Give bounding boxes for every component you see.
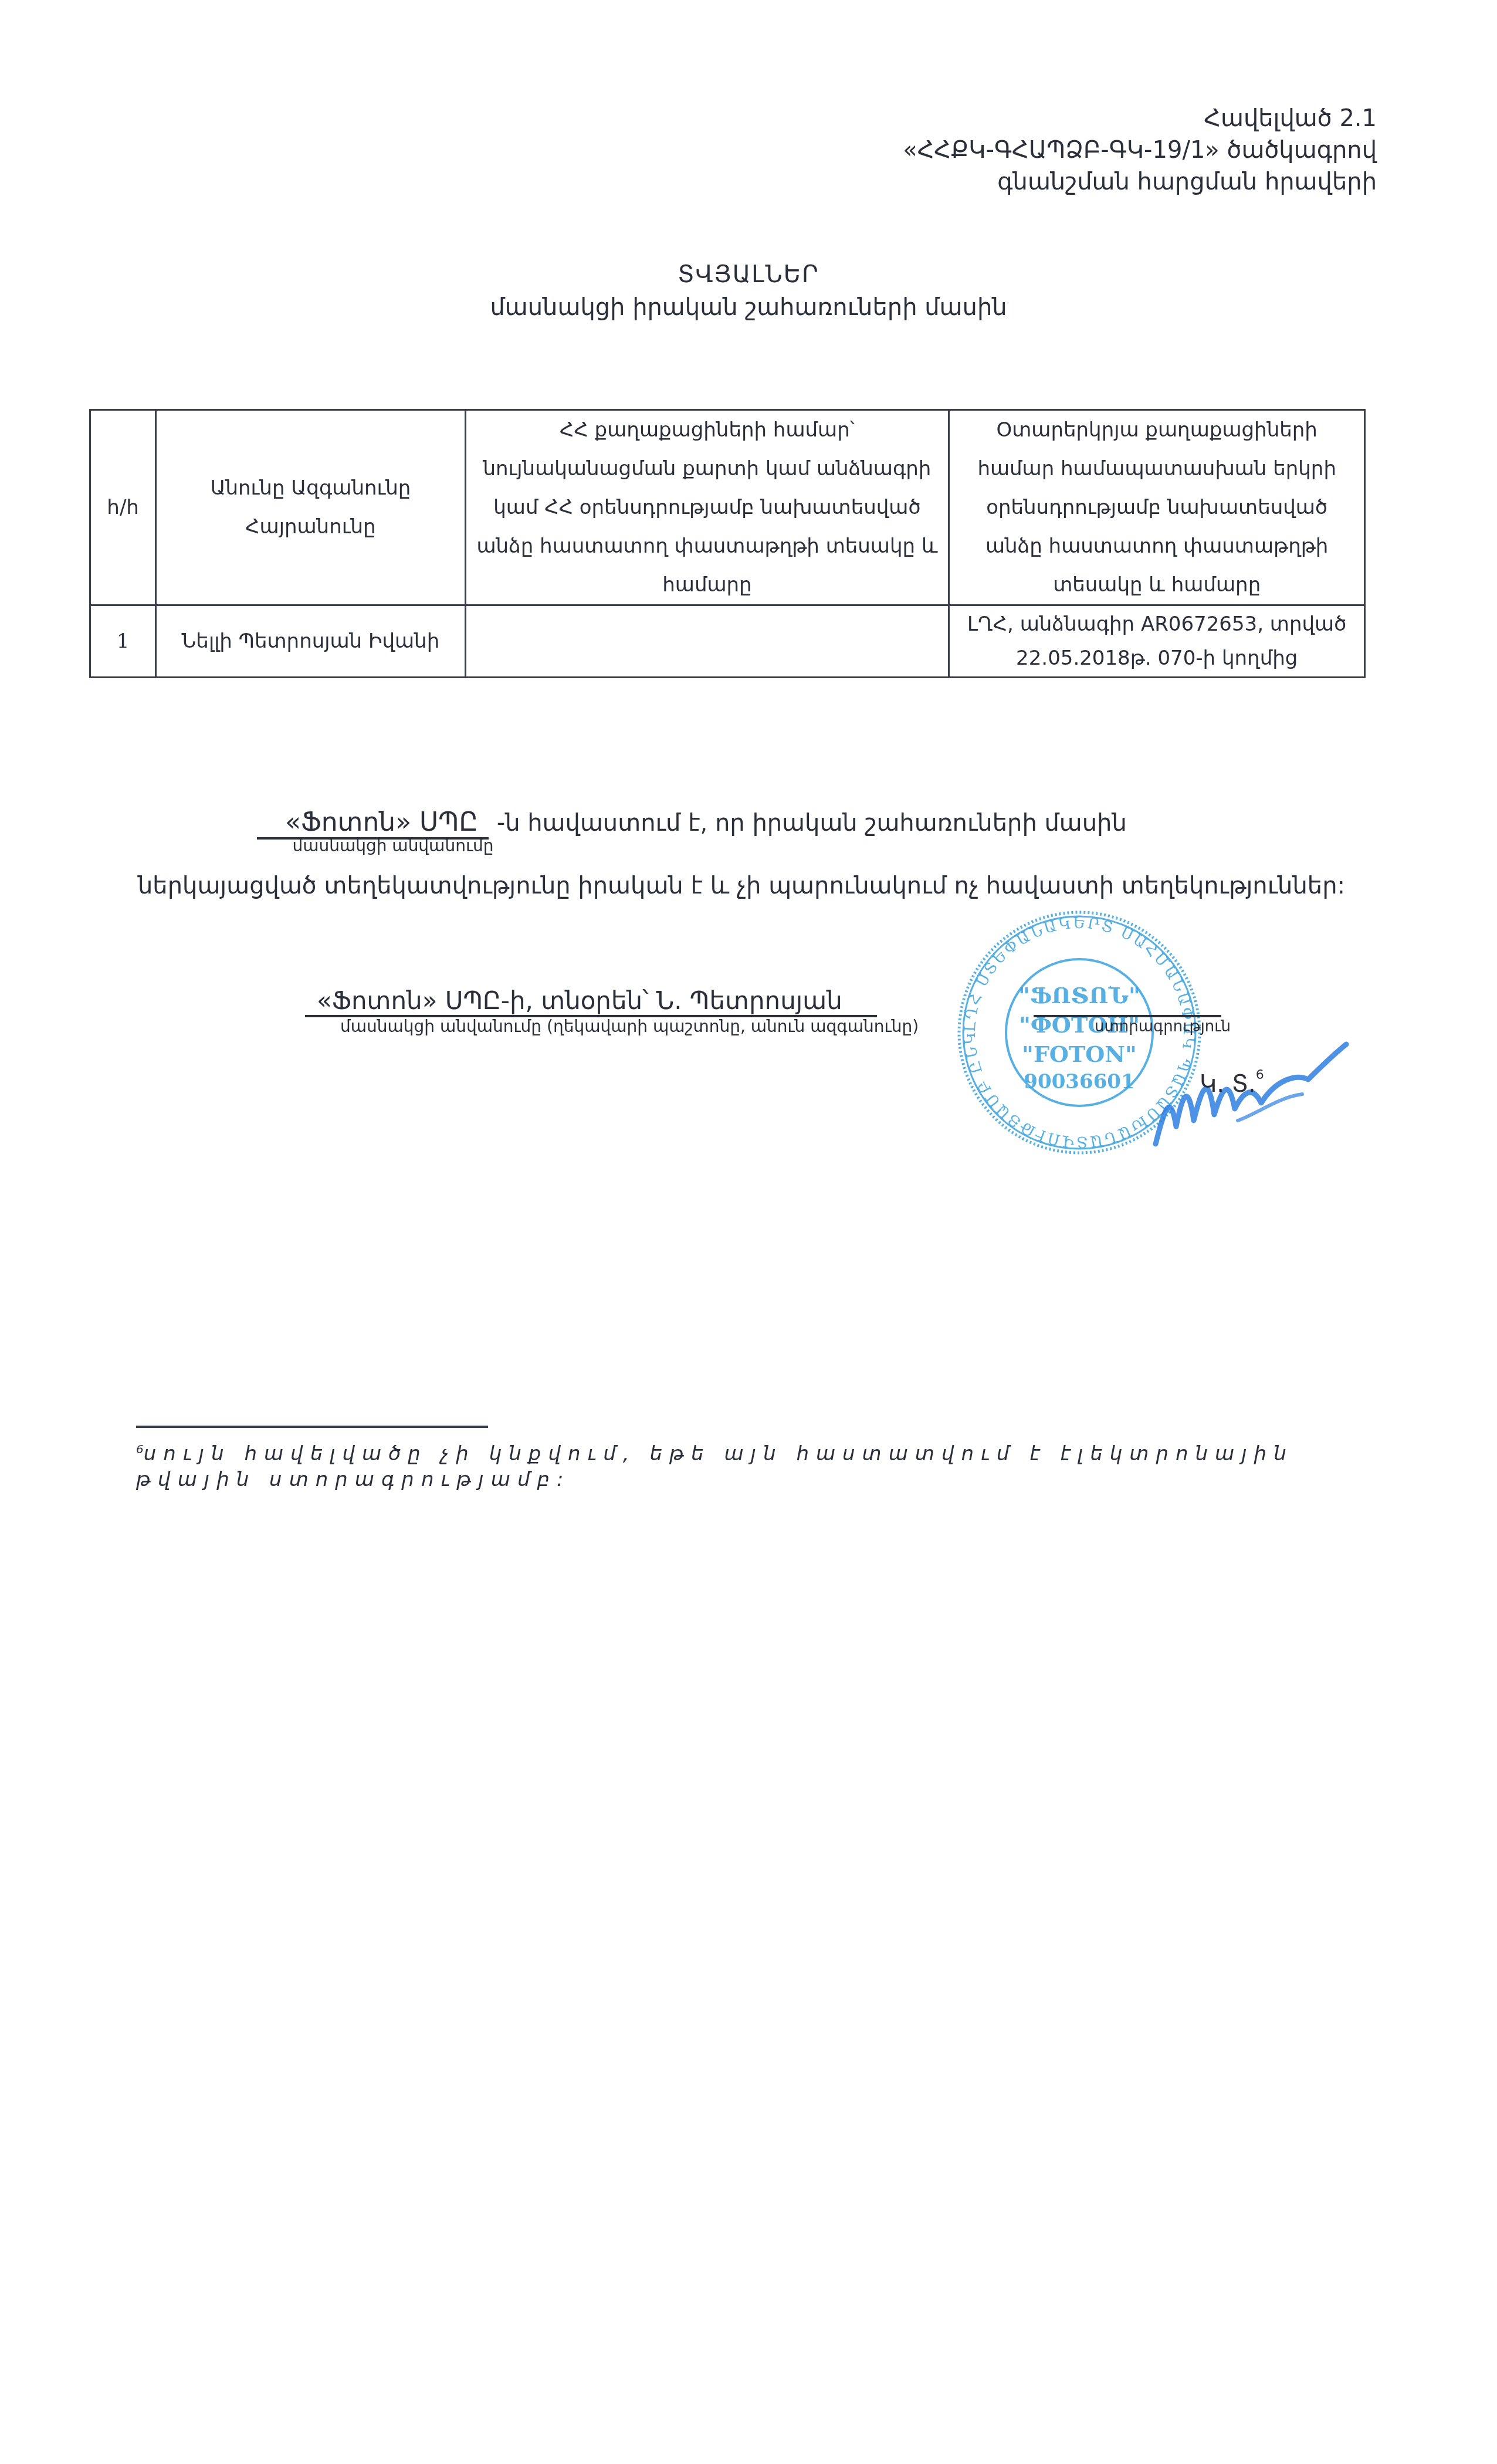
row-full-name: Նելլի Պետրոսյան Իվանի [156, 605, 465, 678]
appendix-description: գնանշման հարցման հրավերի [903, 166, 1377, 198]
header-foreign-citizen-document: Օտարերկրյա քաղաքացիների համար համապատասխ… [949, 410, 1365, 605]
document-subtitle: մասնակցի իրական շահառուների մասին [0, 291, 1497, 324]
confirmation-line-2: ներկայացված տեղեկատվությունը իրական է և … [138, 872, 1345, 899]
header-foreign-line: օրենսդրությամբ նախատեսված [956, 488, 1358, 527]
header-am-line: կամ ՀՀ օրենսդրությամբ նախատեսված [472, 488, 943, 527]
row-am-document [465, 605, 949, 678]
seal-place-label: Կ. Տ.6 [1200, 1068, 1264, 1098]
document-title: ՏՎՅԱԼՆԵՐ [0, 258, 1497, 291]
signer-caption: մասնակցի անվանումը (ղեկավարի պաշտոնը, ան… [340, 1018, 919, 1035]
signature-caption: ստորագրություն [1095, 1018, 1231, 1035]
header-full-name: Անունը Ազգանունը Հայրանունը [156, 410, 465, 605]
header-foreign-line: համար համապատասխան երկրի [956, 449, 1358, 488]
signer-line: «Ֆոտոն» ՍՊԸ-ի, տնօրեն՝ Ն. Պետրոսյան [305, 987, 877, 1017]
footnote-divider [136, 1426, 488, 1428]
row-foreign-document-line2: 22.05.2018թ. 070-ի կողմից [956, 641, 1358, 675]
header-am-line: ՀՀ քաղաքացիների համար՝ [472, 411, 943, 449]
appendix-number: Հավելված 2.1 [903, 103, 1377, 134]
row-number: 1 [90, 605, 156, 678]
header-foreign-line: անձը հաստատող փաստաթղթի [956, 527, 1358, 566]
appendix-header: Հավելված 2.1 «ՀՀՔԿ-ԳՀԱՊՁԲ-ԳԿ-19/1» ծածկա… [903, 103, 1377, 198]
header-am-line: անձը հաստատող փաստաթղթի տեսակը և [472, 527, 943, 566]
confirmation-line-1: «Ֆոտոն» ՍՊԸ-ն հավաստում է, որ իրական շահ… [257, 807, 1127, 840]
footnote-mark: 6 [136, 1442, 144, 1456]
header-full-name-line2: Հայրանունը [162, 507, 458, 546]
row-foreign-document-line1: ԼՂՀ, անձնագիր AR0672653, տրված [956, 607, 1358, 641]
header-full-name-line1: Անունը Ազգանունը [162, 469, 458, 507]
beneficiaries-table: հ/հ Անունը Ազգանունը Հայրանունը ՀՀ քաղաք… [89, 409, 1366, 678]
signature-line [1034, 1015, 1221, 1017]
footnote: 6սույն հավելվածը չի կնքվում, եթե այն հաս… [136, 1436, 1356, 1492]
footnote-text: սույն հավելվածը չի կնքվում, եթե այն հաստ… [136, 1442, 1293, 1491]
header-am-line: նույնականացման քարտի կամ անձնագրի [472, 449, 943, 488]
appendix-code: «ՀՀՔԿ-ԳՀԱՊՁԲ-ԳԿ-19/1» ծածկագրով [903, 134, 1377, 166]
table-header-row: հ/հ Անունը Ազգանունը Հայրանունը ՀՀ քաղաք… [90, 410, 1365, 605]
seal-footnote-mark: 6 [1256, 1068, 1264, 1082]
seal-number: 90036601 [1024, 1070, 1134, 1094]
participant-name: «Ֆոտոն» ՍՊԸ [257, 807, 489, 840]
header-foreign-line: տեսակը և համարը [956, 566, 1358, 604]
header-number: հ/հ [90, 410, 156, 605]
table-row: 1 Նելլի Պետրոսյան Իվանի ԼՂՀ, անձնագիր AR… [90, 605, 1365, 678]
seal-name-am: "ՖՈՏՈՆ" [1018, 982, 1140, 1008]
seal-label: Կ. Տ. [1200, 1071, 1256, 1098]
header-am-citizen-document: ՀՀ քաղաքացիների համար՝ նույնականացման քա… [465, 410, 949, 605]
header-foreign-line: Օտարերկրյա քաղաքացիների [956, 411, 1358, 449]
document-title-block: ՏՎՅԱԼՆԵՐ մասնակցի իրական շահառուների մաս… [0, 258, 1497, 324]
seal-name-en: "FOTON" [1022, 1041, 1137, 1067]
participant-name-caption: մասնակցի անվանումը [270, 838, 516, 854]
row-foreign-document: ԼՂՀ, անձնագիր AR0672653, տրված 22.05.201… [949, 605, 1365, 678]
confirmation-text: -ն հավաստում է, որ իրական շահառուների մա… [497, 810, 1127, 837]
header-am-line: համարը [472, 566, 943, 604]
